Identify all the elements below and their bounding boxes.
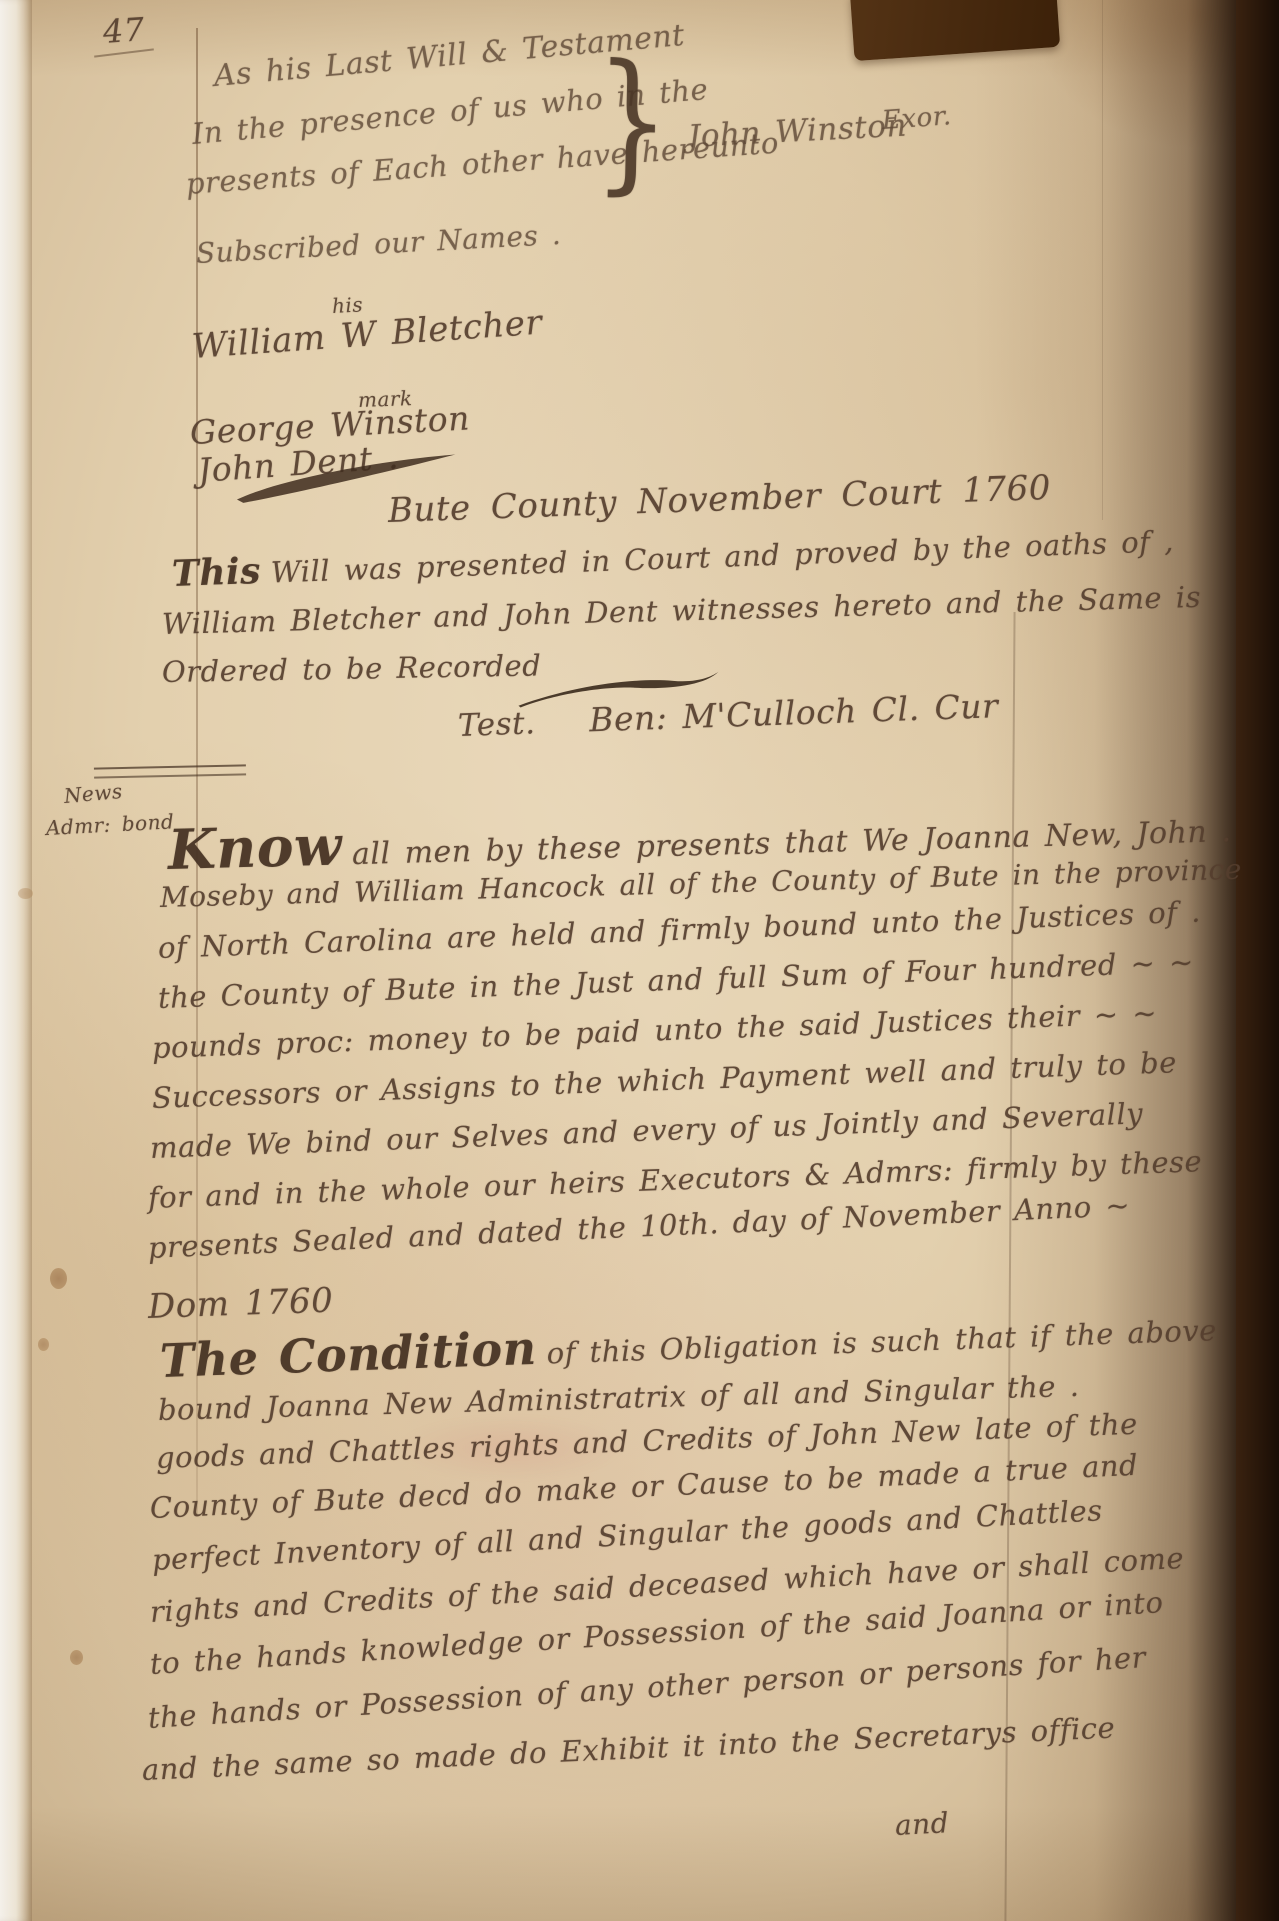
page-number: 47 bbox=[102, 13, 146, 48]
margin-note-line: News bbox=[63, 781, 123, 806]
book-binding bbox=[1236, 0, 1279, 1921]
executor-name: John Winston bbox=[687, 111, 907, 153]
attestation-brace: } bbox=[593, 44, 672, 198]
ink-stain bbox=[70, 1650, 83, 1665]
margin-note-line: Admr: bond bbox=[45, 811, 174, 838]
bond-line: Dom 1760 bbox=[147, 1284, 333, 1324]
ink-stain bbox=[18, 888, 33, 899]
probate-line: Ordered to be Recorded bbox=[162, 651, 542, 687]
section-divider-rule bbox=[94, 764, 246, 778]
witness-signature-bletcher: William W Bletcher bbox=[191, 306, 543, 364]
page-number-underline bbox=[94, 48, 154, 57]
his-label: his bbox=[331, 294, 363, 316]
ink-stain bbox=[50, 1268, 67, 1289]
bond-lead-word: Know bbox=[167, 812, 342, 882]
page-left-edge bbox=[0, 0, 32, 1921]
court-heading: Bute County November Court 1760 bbox=[387, 471, 1051, 528]
ink-stain bbox=[38, 1338, 49, 1351]
executor-title: Exor. bbox=[881, 103, 952, 134]
catchword: and bbox=[894, 1809, 950, 1840]
attestation-line: Subscribed our Names . bbox=[195, 221, 561, 268]
condition-lead-words: The Condition bbox=[159, 1321, 537, 1388]
manuscript-page: 47 As his Last Will & Testament In the p… bbox=[0, 0, 1279, 1921]
page-crease-line bbox=[1102, 0, 1103, 520]
probate-lead-word: This bbox=[171, 550, 261, 595]
test-label: Test. bbox=[457, 705, 536, 744]
